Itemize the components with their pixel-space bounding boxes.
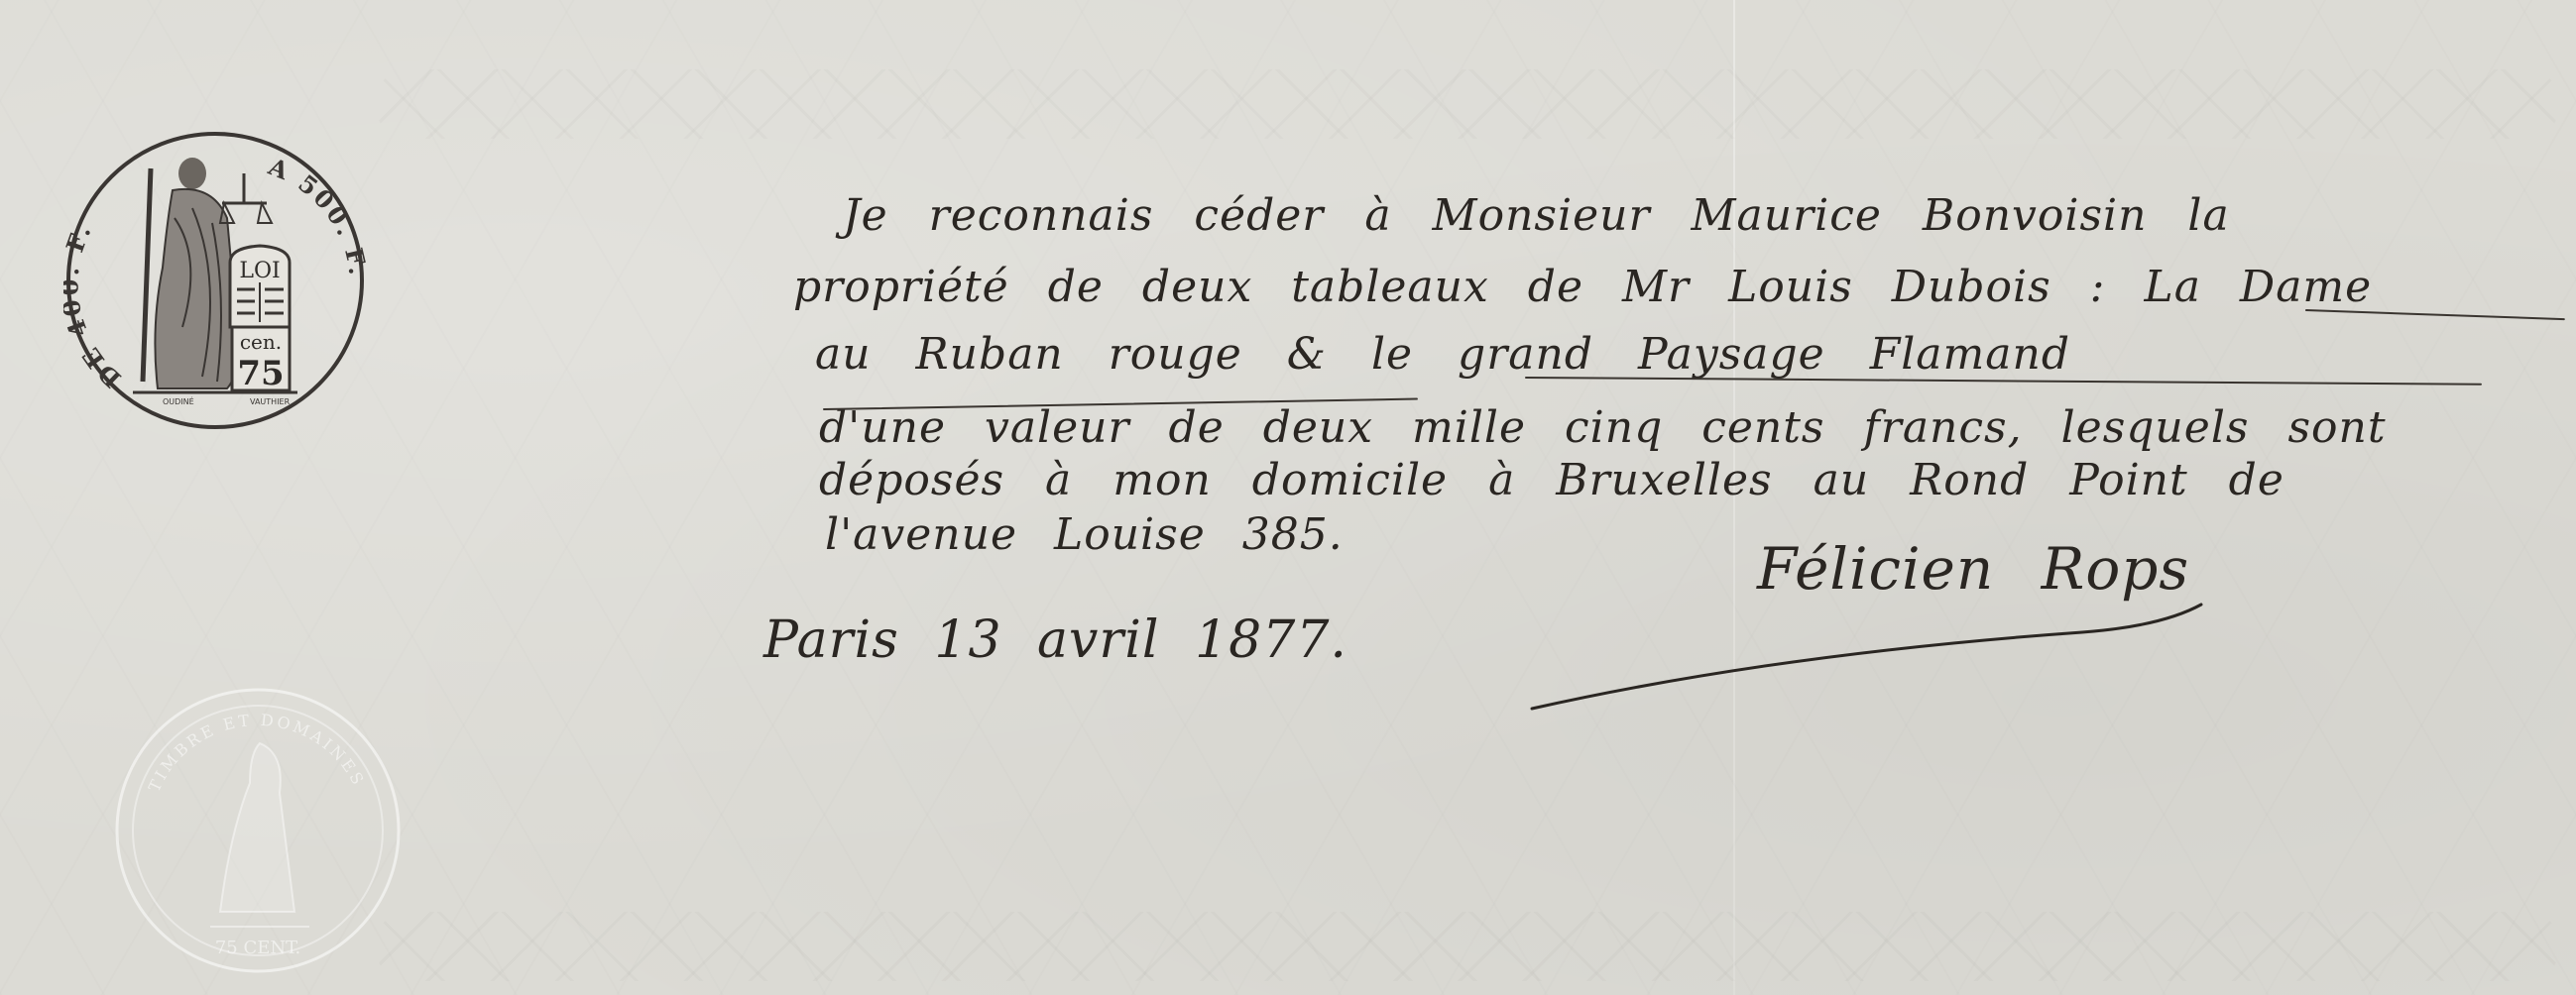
signature-flourish: [1527, 585, 2221, 714]
paper-watermark-pattern: [377, 69, 2558, 139]
letter-line-1: Je reconnais céder à Monsieur Maurice Bo…: [843, 194, 2230, 238]
embossed-seal-icon: TIMBRE ET DOMAINES 75 CENT.: [111, 684, 405, 977]
svg-text:DE 400. F.: DE 400. F.: [63, 217, 127, 393]
stamp-engraver-right: VAUTHIER: [250, 397, 291, 406]
letter-line-4: d'une valeur de deux mille cinq cents fr…: [819, 406, 2387, 450]
letter-line-2: propriété de deux tableaux de Mr Louis D…: [793, 266, 2372, 309]
letter-line-5: déposés à mon domicile à Bruxelles au Ro…: [819, 459, 2284, 502]
fiscal-stamp: DE 400. F. A 500. F. LOI: [63, 129, 367, 432]
letter-line-3: au Ruban rouge & le grand Paysage Flaman…: [815, 333, 2070, 377]
place-date: Paris 13 avril 1877.: [763, 610, 1347, 670]
letter-line-6: l'avenue Louise 385.: [825, 513, 1344, 557]
stamp-tablet-label: LOI: [239, 259, 280, 283]
document-sheet: DE 400. F. A 500. F. LOI: [0, 0, 2576, 995]
title-underline: [2305, 309, 2565, 320]
signature-flourish-icon: [1527, 585, 2221, 714]
stamp-ring-left-text: DE 400. F.: [63, 217, 127, 393]
stamp-denomination-value: 75: [237, 354, 284, 393]
embossed-seal: TIMBRE ET DOMAINES 75 CENT.: [111, 684, 405, 977]
paper-watermark-pattern: [377, 912, 2558, 981]
justice-stamp-icon: DE 400. F. A 500. F. LOI: [63, 129, 367, 432]
stamp-engraver-left: OUDINÉ: [163, 395, 194, 406]
stamp-denomination-unit: cen.: [240, 330, 282, 354]
seal-denomination: 75 CENT.: [215, 938, 300, 958]
